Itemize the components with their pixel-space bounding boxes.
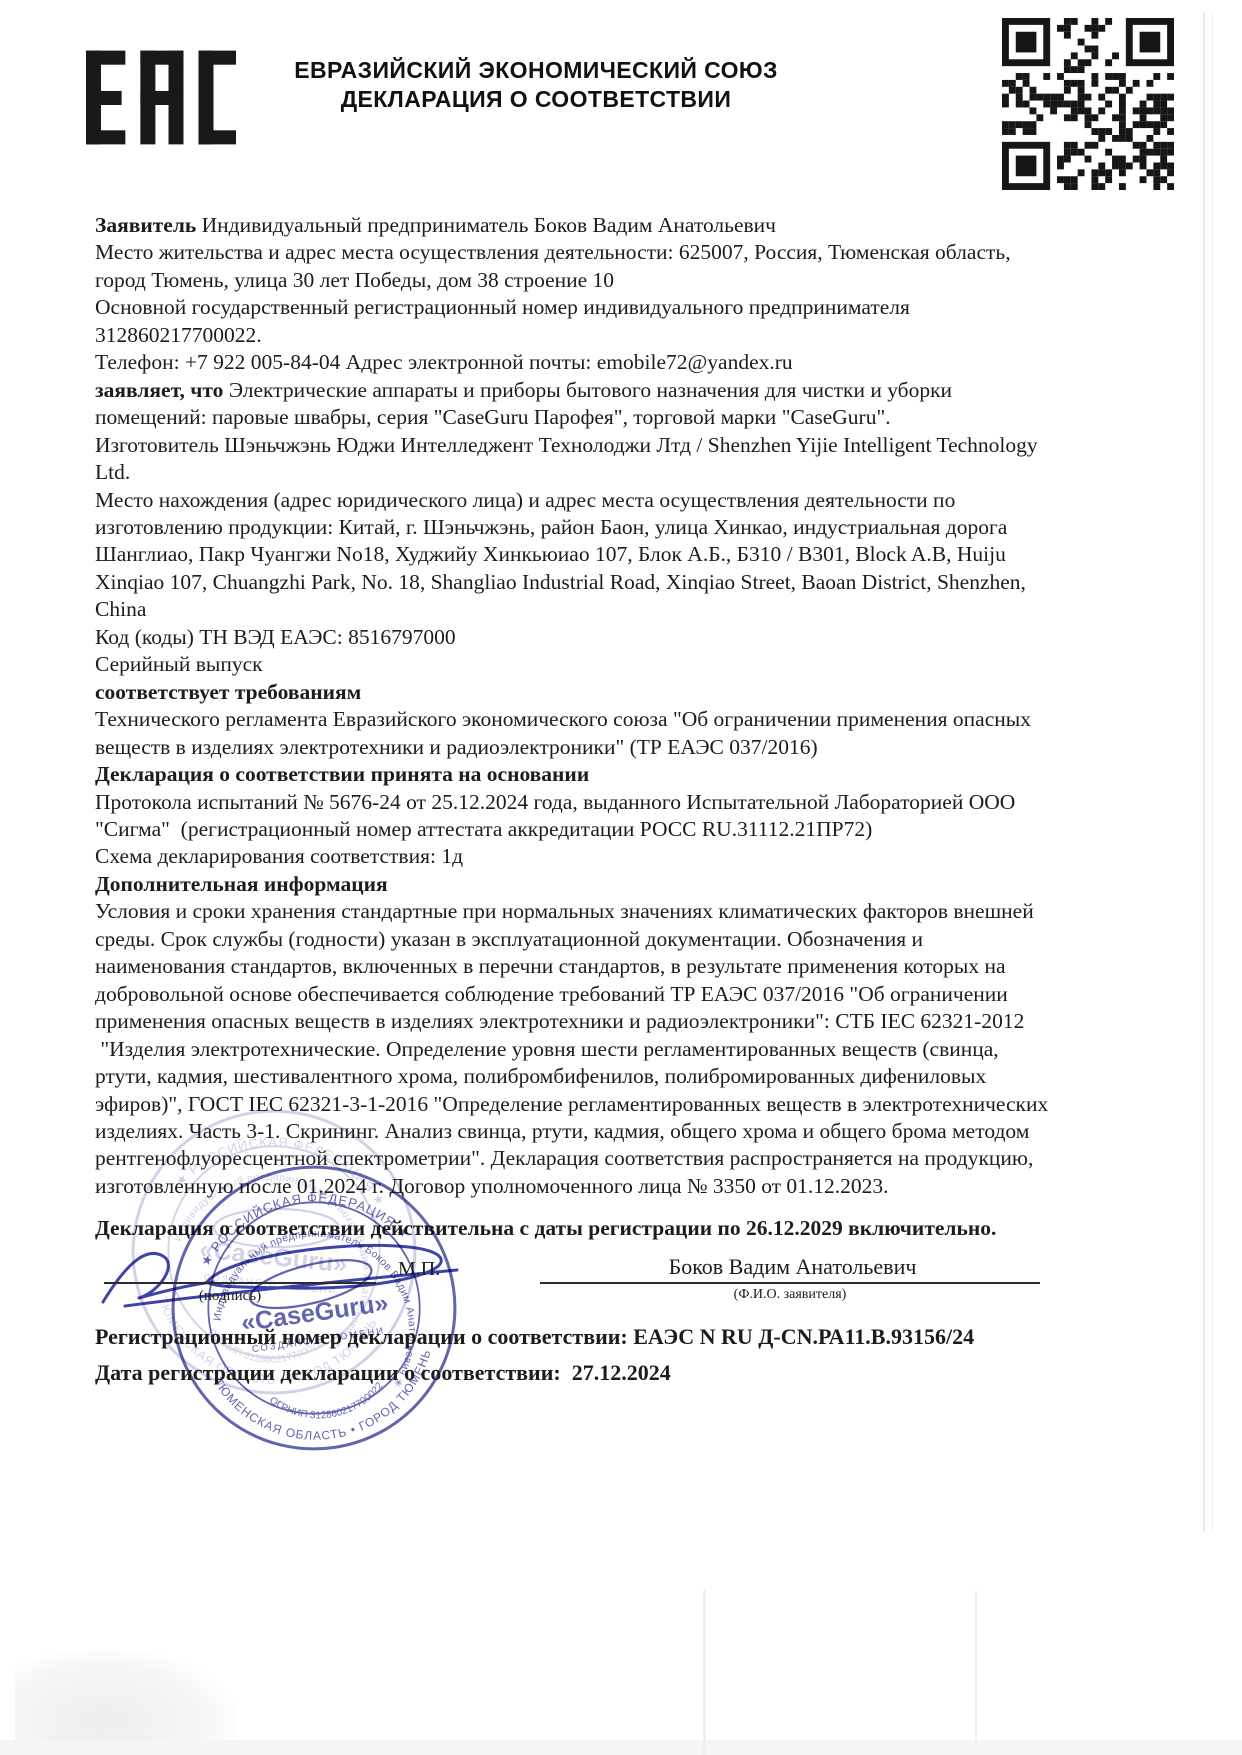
body-line: Изготовитель Шэньчжэнь Юджи Интелледжент… — [95, 432, 1185, 459]
handwritten-signature — [85, 1218, 505, 1328]
body-line: "Сигма" (регистрационный номер аттестата… — [95, 816, 1185, 843]
qr-code — [1002, 18, 1174, 190]
signature-caption: (подпись) — [150, 1288, 310, 1305]
scan-artifact — [0, 1740, 1242, 1755]
scan-artifact — [15, 1650, 235, 1750]
registration-date: Дата регистрации декларации о соответств… — [95, 1360, 671, 1386]
body-line: Дополнительная информация — [95, 871, 1185, 898]
body-line: среды. Срок службы (годности) указан в э… — [95, 926, 1185, 953]
scan-artifact — [975, 1590, 977, 1755]
body-line: Протокола испытаний № 5676-24 от 25.12.2… — [95, 789, 1185, 816]
body-line: Код (коды) ТН ВЭД ЕАЭС: 8516797000 — [95, 624, 1185, 651]
scan-artifact — [1203, 12, 1205, 1532]
scan-artifact — [1212, 12, 1213, 1532]
body-line: город Тюмень, улица 30 лет Победы, дом 3… — [95, 267, 1185, 294]
body-line: Условия и сроки хранения стандартные при… — [95, 898, 1185, 925]
applicant-name: Боков Вадим Анатольевич — [545, 1254, 1040, 1280]
body-line: Место нахождения (адрес юридического лиц… — [95, 487, 1185, 514]
registration-date-value: 27.12.2024 — [566, 1360, 671, 1385]
stamp-place-label: М.П. — [398, 1258, 440, 1281]
body-line: веществ в изделиях электротехники и ради… — [95, 734, 1185, 761]
body-line: изготовлению продукции: Китай, г. Шэньчж… — [95, 514, 1185, 541]
eac-logo — [86, 50, 236, 145]
title-line-2: ДЕКЛАРАЦИЯ О СООТВЕТСТВИИ — [236, 85, 836, 114]
body-line: заявляет, что Электрические аппараты и п… — [95, 377, 1185, 404]
body-line: ртути, кадмия, шестивалентного хрома, по… — [95, 1063, 1185, 1090]
body-line: Декларация о соответствии принята на осн… — [95, 761, 1185, 788]
body-line: 312860217700022. — [95, 322, 1185, 349]
name-caption: (Ф.И.О. заявителя) — [590, 1287, 990, 1303]
body-line: China — [95, 596, 1185, 623]
registration-date-label: Дата регистрации декларации о соответств… — [95, 1360, 566, 1385]
title-line-1: ЕВРАЗИЙСКИЙ ЭКОНОМИЧЕСКИЙ СОЮЗ — [236, 56, 836, 85]
body-line: Xinqiao 107, Chuangzhi Park, No. 18, Sha… — [95, 569, 1185, 596]
document-title: ЕВРАЗИЙСКИЙ ЭКОНОМИЧЕСКИЙ СОЮЗ ДЕКЛАРАЦИ… — [236, 56, 836, 114]
body-line: Серийный выпуск — [95, 651, 1185, 678]
body-line: Схема декларирования соответствия: 1д — [95, 843, 1185, 870]
body-line: Заявитель Индивидуальный предприниматель… — [95, 212, 1185, 239]
body-line: "Изделия электротехнические. Определение… — [95, 1036, 1185, 1063]
name-line — [540, 1282, 1040, 1284]
document-body: Заявитель Индивидуальный предприниматель… — [95, 212, 1185, 1200]
body-line: применения опасных веществ в изделиях эл… — [95, 1008, 1185, 1035]
body-line: добровольной основе обеспечивается соблю… — [95, 981, 1185, 1008]
registration-number: Регистрационный номер декларации о соотв… — [95, 1324, 974, 1350]
body-line: наименования стандартов, включенных в пе… — [95, 953, 1185, 980]
body-line: Шанглиао, Пакр Чуангжи No18, Худжийу Хин… — [95, 541, 1185, 568]
body-line: Место жительства и адрес места осуществл… — [95, 239, 1185, 266]
body-line: соответствует требованиям — [95, 679, 1185, 706]
body-line: Основной государственный регистрационный… — [95, 294, 1185, 321]
body-line: Ltd. — [95, 459, 1185, 486]
body-line: Технического регламента Евразийского эко… — [95, 706, 1185, 733]
document-page: ЕВРАЗИЙСКИЙ ЭКОНОМИЧЕСКИЙ СОЮЗ ДЕКЛАРАЦИ… — [0, 0, 1242, 1755]
signature-line — [104, 1282, 376, 1284]
scan-artifact — [703, 1590, 706, 1755]
body-line: Телефон: +7 922 005-84-04 Адрес электрон… — [95, 349, 1185, 376]
body-line: помещений: паровые швабры, серия "CaseGu… — [95, 404, 1185, 431]
